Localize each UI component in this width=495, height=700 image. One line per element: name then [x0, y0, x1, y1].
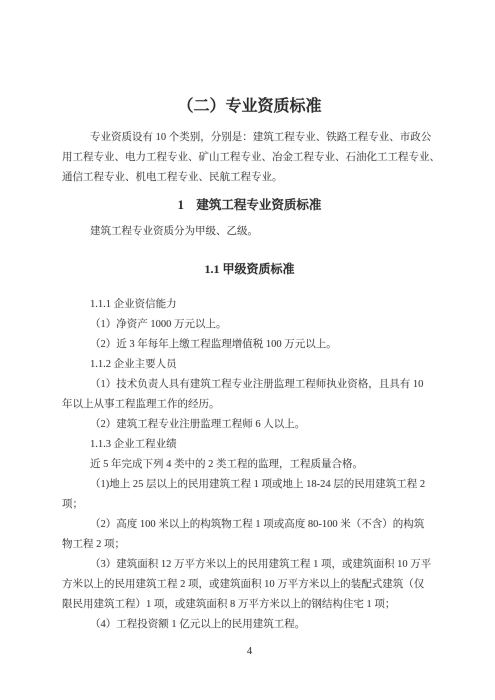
text-line: 用工程专业、电力工程专业、矿山工程专业、冶金工程专业、石油化工工程专业、	[62, 148, 437, 168]
text-line: 专业资质设有 10 个类别，分别是：建筑工程专业、铁路工程专业、市政公	[62, 128, 437, 148]
text-line: （1)地上 25 层以上的民用建筑工程 1 项或地上 18-24 层的民用建筑工…	[62, 475, 437, 495]
text-line: （1）技术负责人具有建筑工程专业注册监理工程师执业资格，且具有 10	[62, 375, 437, 395]
text-line: （4）工程投资额 1 亿元以上的民用建筑工程。	[62, 615, 437, 635]
text-line: 年以上从事工程监理工作的经历。	[62, 395, 437, 415]
text-line: 1.1.2 企业主要人员	[62, 355, 437, 375]
text-line: 1.1.1 企业资信能力	[62, 295, 437, 315]
section-title: （二）专业资质标准	[62, 97, 437, 117]
section-body: 1.1.1 企业资信能力 （1）净资产 1000 万元以上。 （2）近 3 年每…	[62, 295, 437, 635]
subsection-heading: 1.1 甲级资质标准	[62, 259, 437, 279]
text-line: 方米以上的民用建筑工程 2 项，或建筑面积 10 万平方米以上的装配式建筑（仅	[62, 575, 437, 595]
chapter-intro-line: 建筑工程专业资质分为甲级、乙级。	[62, 222, 437, 242]
text-line: （1）净资产 1000 万元以上。	[62, 315, 437, 335]
text-line: （2）高度 100 米以上的构筑物工程 1 项或高度 80-100 米（不含）的…	[62, 515, 437, 535]
text-line: 通信工程专业、机电工程专业、民航工程专业。	[62, 168, 437, 188]
chapter-heading: 1 建筑工程专业资质标准	[62, 195, 437, 215]
document-page: （二）专业资质标准 专业资质设有 10 个类别，分别是：建筑工程专业、铁路工程专…	[0, 0, 495, 700]
text-line: （2）建筑工程专业注册监理工程师 6 人以上。	[62, 415, 437, 435]
intro-paragraph: 专业资质设有 10 个类别，分别是：建筑工程专业、铁路工程专业、市政公 用工程专…	[62, 128, 437, 188]
text-line: 物工程 2 项；	[62, 535, 437, 555]
text-line: 1.1.3 企业工程业绩	[62, 435, 437, 455]
page-number: 4	[62, 642, 437, 662]
text-line: 近 5 年完成下列 4 类中的 2 类工程的监理，工程质量合格。	[62, 455, 437, 475]
text-line: （3）建筑面积 12 万平方米以上的民用建筑工程 1 项，或建筑面积 10 万平	[62, 555, 437, 575]
text-line: （2）近 3 年每年上缴工程监理增值税 100 万元以上。	[62, 335, 437, 355]
text-line: 限民用建筑工程）1 项，或建筑面积 8 万平方米以上的钢结构住宅 1 项；	[62, 595, 437, 615]
text-line: 项；	[62, 495, 437, 515]
